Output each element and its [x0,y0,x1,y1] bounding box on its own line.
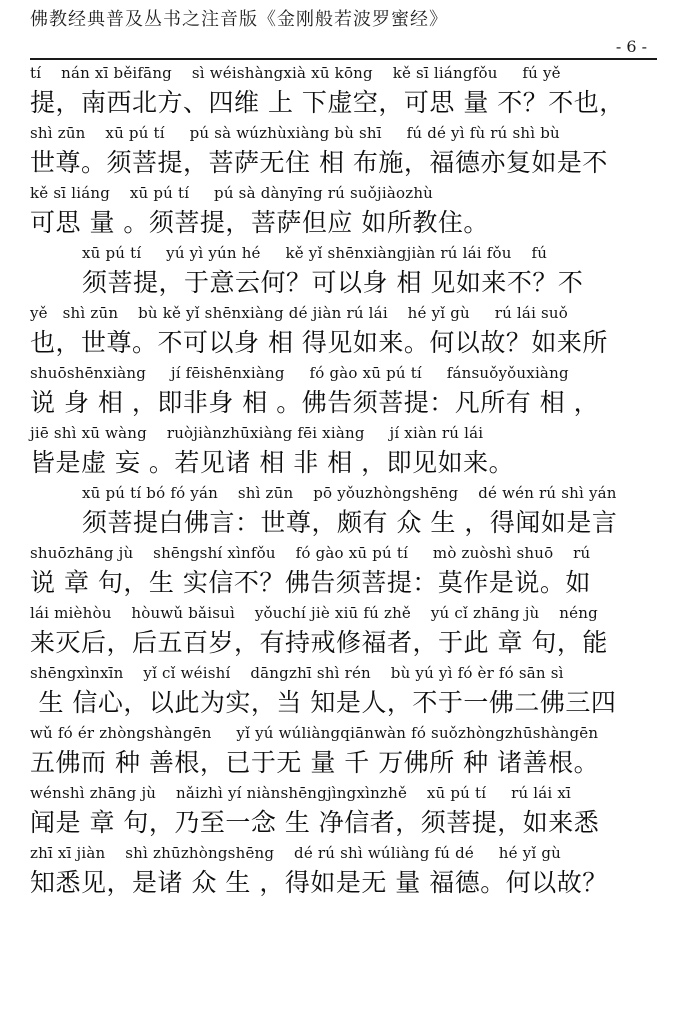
hanzi-line: 提，南西北方、四维 上 下虚空，可思 量 不？不也， [30,84,660,122]
pinyin-line: wǔ fó ér zhòngshàngēn yǐ yú wúliàngqiānw… [30,723,660,744]
text-line-pair: yě shì zūn bù kě yǐ shēnxiàng dé jiàn rú… [30,303,660,363]
hanzi-line: 生 信心，以此为实，当 知是人，不于一佛二佛三四 [30,684,660,722]
text-line-pair: shuōshēnxiàng jí fēishēnxiàng fó gào xū … [30,363,660,423]
hanzi-line: 闻是 章 句，乃至一念 生 净信者，须菩提，如来悉 [30,804,660,842]
pinyin-line: zhī xī jiàn shì zhūzhòngshēng dé rú shì … [30,843,660,864]
pinyin-line: tí nán xī běifāng sì wéishàngxià xū kōng… [30,63,660,84]
text-line-pair: xū pú tí yú yì yún hé kě yǐ shēnxiàngjià… [30,243,660,303]
hanzi-line: 须菩提白佛言：世尊，颇有 众 生 ，得闻如是言 [82,504,660,542]
page-number: - 6 - [30,36,657,58]
pinyin-line: shēngxìnxīn yǐ cǐ wéishí dāngzhī shì rén… [30,663,660,684]
hanzi-line: 可思 量 。须菩提，菩萨但应 如所教住。 [30,204,660,242]
sutra-text-body: tí nán xī běifāng sì wéishàngxià xū kōng… [0,60,690,903]
hanzi-line: 皆是虚 妄 。若见诸 相 非 相 ，即见如来。 [30,444,660,482]
hanzi-line: 须菩提，于意云何？可以身 相 见如来不？不 [82,264,660,302]
text-line-pair: wénshì zhāng jù nǎizhì yí niànshēngjìngx… [30,783,660,843]
series-title: 佛教经典普及丛书之注音版《金刚般若波罗蜜经》 [30,8,657,32]
text-line-pair: shēngxìnxīn yǐ cǐ wéishí dāngzhī shì rén… [30,663,660,723]
text-line-pair: lái mièhòu hòuwǔ bǎisuì yǒuchí jiè xiū f… [30,603,660,663]
text-line-pair: tí nán xī běifāng sì wéishàngxià xū kōng… [30,63,660,123]
hanzi-line: 世尊。须菩提，菩萨无住 相 布施，福德亦复如是不 [30,144,660,182]
pinyin-line: shuōshēnxiàng jí fēishēnxiàng fó gào xū … [30,363,660,384]
text-line-pair: xū pú tí bó fó yán shì zūn pō yǒuzhòngsh… [30,483,660,543]
text-line-pair: kě sī liáng xū pú tí pú sà dànyīng rú su… [30,183,660,243]
hanzi-line: 说 章 句，生 实信不？佛告须菩提：莫作是说。如 [30,564,660,602]
text-line-pair: wǔ fó ér zhòngshàngēn yǐ yú wúliàngqiānw… [30,723,660,783]
text-line-pair: shì zūn xū pú tí pú sà wúzhùxiàng bù shī… [30,123,660,183]
text-line-pair: jiē shì xū wàng ruòjiànzhūxiàng fēi xiàn… [30,423,660,483]
pinyin-line: jiē shì xū wàng ruòjiànzhūxiàng fēi xiàn… [30,423,660,444]
hanzi-line: 也，世尊。不可以身 相 得见如来。何以故？如来所 [30,324,660,362]
hanzi-line: 来灭后，后五百岁，有持戒修福者，于此 章 句，能 [30,624,660,662]
pinyin-line: yě shì zūn bù kě yǐ shēnxiàng dé jiàn rú… [30,303,660,324]
document-page: 佛教经典普及丛书之注音版《金刚般若波罗蜜经》 - 6 - tí nán xī b… [0,0,690,1028]
hanzi-line: 说 身 相 ，即非身 相 。佛告须菩提：凡所有 相 ， [30,384,660,422]
pinyin-line: shuōzhāng jù shēngshí xìnfǒu fó gào xū p… [30,543,660,564]
pinyin-line: xū pú tí bó fó yán shì zūn pō yǒuzhòngsh… [82,483,660,504]
pinyin-line: kě sī liáng xū pú tí pú sà dànyīng rú su… [30,183,660,204]
pinyin-line: shì zūn xū pú tí pú sà wúzhùxiàng bù shī… [30,123,660,144]
text-line-pair: zhī xī jiàn shì zhūzhòngshēng dé rú shì … [30,843,660,903]
hanzi-line: 知悉见，是诸 众 生 ，得如是无 量 福德。何以故？ [30,864,660,902]
text-line-pair: shuōzhāng jù shēngshí xìnfǒu fó gào xū p… [30,543,660,603]
hanzi-line: 五佛而 种 善根，已于无 量 千 万佛所 种 诸善根。 [30,744,660,782]
pinyin-line: wénshì zhāng jù nǎizhì yí niànshēngjìngx… [30,783,660,804]
pinyin-line: lái mièhòu hòuwǔ bǎisuì yǒuchí jiè xiū f… [30,603,660,624]
page-header: 佛教经典普及丛书之注音版《金刚般若波罗蜜经》 - 6 - [0,0,690,58]
pinyin-line: xū pú tí yú yì yún hé kě yǐ shēnxiàngjià… [82,243,660,264]
